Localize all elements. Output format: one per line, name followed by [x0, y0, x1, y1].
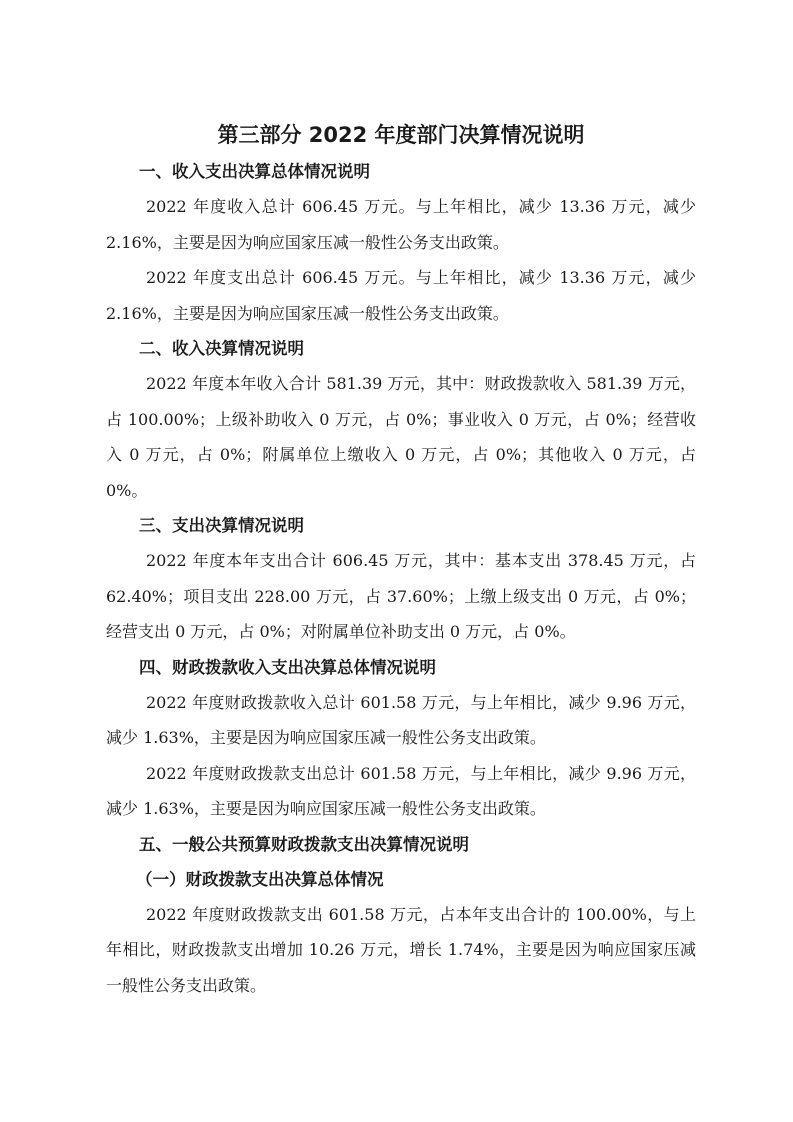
section-heading: 三、支出决算情况说明	[106, 508, 696, 543]
subsection-heading: （一）财政拨款支出决算总体情况	[106, 862, 696, 897]
paragraph: 2022 年度本年收入合计 581.39 万元，其中：财政拨款收入 581.39…	[106, 366, 696, 508]
section-heading: 二、收入决算情况说明	[106, 331, 696, 366]
document-title: 第三部分 2022 年度部门决算情况说明	[106, 116, 696, 154]
section-heading: 五、一般公共预算财政拨款支出决算情况说明	[106, 827, 696, 862]
paragraph: 2022 年度收入总计 606.45 万元。与上年相比，减少 13.36 万元，…	[106, 189, 696, 260]
paragraph: 2022 年度财政拨款支出 601.58 万元，占本年支出合计的 100.00%…	[106, 897, 696, 1004]
paragraph: 2022 年度财政拨款收入总计 601.58 万元，与上年相比，减少 9.96 …	[106, 685, 696, 756]
section-2: 二、收入决算情况说明 2022 年度本年收入合计 581.39 万元，其中：财政…	[106, 331, 696, 508]
paragraph: 2022 年度财政拨款支出总计 601.58 万元，与上年相比，减少 9.96 …	[106, 756, 696, 827]
section-4: 四、财政拨款收入支出决算总体情况说明 2022 年度财政拨款收入总计 601.5…	[106, 650, 696, 827]
section-3: 三、支出决算情况说明 2022 年度本年支出合计 606.45 万元，其中：基本…	[106, 508, 696, 650]
document-page: 第三部分 2022 年度部门决算情况说明 一、收入支出决算总体情况说明 2022…	[106, 116, 696, 1003]
paragraph: 2022 年度支出总计 606.45 万元。与上年相比，减少 13.36 万元，…	[106, 260, 696, 331]
section-heading: 一、收入支出决算总体情况说明	[106, 154, 696, 189]
paragraph: 2022 年度本年支出合计 606.45 万元，其中：基本支出 378.45 万…	[106, 543, 696, 650]
section-1: 一、收入支出决算总体情况说明 2022 年度收入总计 606.45 万元。与上年…	[106, 154, 696, 331]
section-5: 五、一般公共预算财政拨款支出决算情况说明 （一）财政拨款支出决算总体情况 202…	[106, 827, 696, 1004]
section-heading: 四、财政拨款收入支出决算总体情况说明	[106, 650, 696, 685]
